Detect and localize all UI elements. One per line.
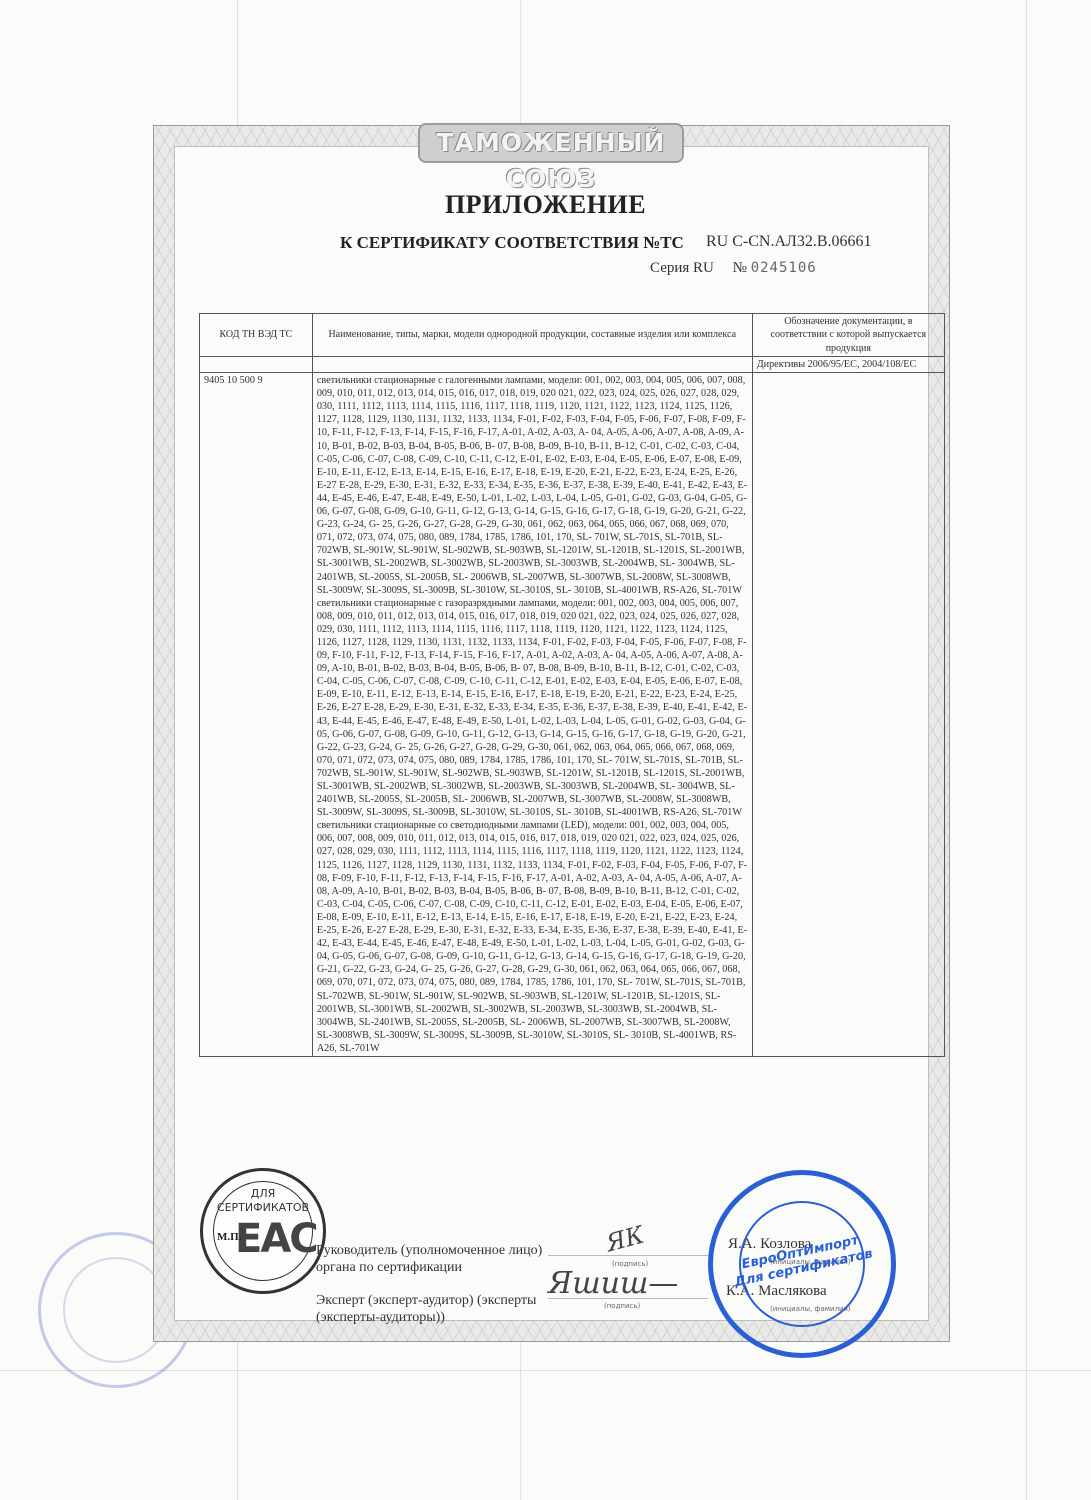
hs-code-cell: 9405 10 500 9 xyxy=(200,373,313,1057)
header-product-name: Наименование, типы, марки, модели одноро… xyxy=(312,314,752,357)
product-group-led: светильники стационарные со светодиодным… xyxy=(317,819,748,1055)
empty-cell xyxy=(312,357,752,373)
head-signatory-label: Руководитель (уполномоченное лицо) орган… xyxy=(316,1242,546,1276)
expert-signature-scribble: Яшиш— xyxy=(548,1266,678,1301)
series-line: Серия RU № 0245106 xyxy=(650,260,817,277)
products-cell: светильники стационарные с галогенными л… xyxy=(312,373,752,1057)
header-documentation: Обозначение документации, в соответствии… xyxy=(752,314,944,357)
product-group-halogen: светильники стационарные с галогенными л… xyxy=(317,374,748,597)
document-title: ПРИЛОЖЕНИЕ xyxy=(0,190,1091,220)
series-label: Серия RU xyxy=(650,260,714,276)
table-row-products: 9405 10 500 9 светильники стационарные с… xyxy=(200,373,945,1057)
scan-line xyxy=(1026,0,1027,1500)
header-hs-code: КОД ТН ВЭД ТС xyxy=(200,314,313,357)
certification-body-stamp: ДЛЯ СЕРТИФИКАТОВ ЕАС М.П. xyxy=(200,1168,326,1294)
stamp-text-line2: СЕРТИФИКАТОВ xyxy=(203,1201,323,1214)
empty-cell xyxy=(752,373,944,1057)
series-number: 0245106 xyxy=(751,260,817,276)
signature-line xyxy=(548,1255,708,1256)
seal-place-label: М.П. xyxy=(217,1231,241,1243)
products-table: КОД ТН ВЭД ТС Наименование, типы, марки,… xyxy=(199,313,945,1057)
company-stamp: ЕвроОптИмпорт Для сертификатов xyxy=(708,1170,896,1358)
directives-cell: Директивы 2006/95/ЕС, 2004/108/ЕС xyxy=(752,357,944,373)
signature-hint: (подпись) xyxy=(604,1302,640,1310)
eac-mark-icon: ЕАС xyxy=(235,1216,317,1262)
table-row-directives: Директивы 2006/95/ЕС, 2004/108/ЕС xyxy=(200,357,945,373)
document-subtitle: К СЕРТИФИКАТУ СООТВЕТСТВИЯ №ТС xyxy=(340,233,684,253)
stamp-text-line1: ДЛЯ xyxy=(203,1187,323,1200)
table-header-row: КОД ТН ВЭД ТС Наименование, типы, марки,… xyxy=(200,314,945,357)
expert-label: Эксперт (эксперт-аудитор) (эксперты (экс… xyxy=(316,1292,546,1326)
customs-union-banner: ТАМОЖЕННЫЙ СОЮЗ xyxy=(418,123,684,163)
empty-cell xyxy=(200,357,313,373)
certificate-number: RU C-CN.АЛ32.В.06661 xyxy=(706,233,872,251)
product-group-gas-discharge: светильники стационарные с газоразрядным… xyxy=(317,597,748,820)
series-number-label: № xyxy=(733,260,747,276)
